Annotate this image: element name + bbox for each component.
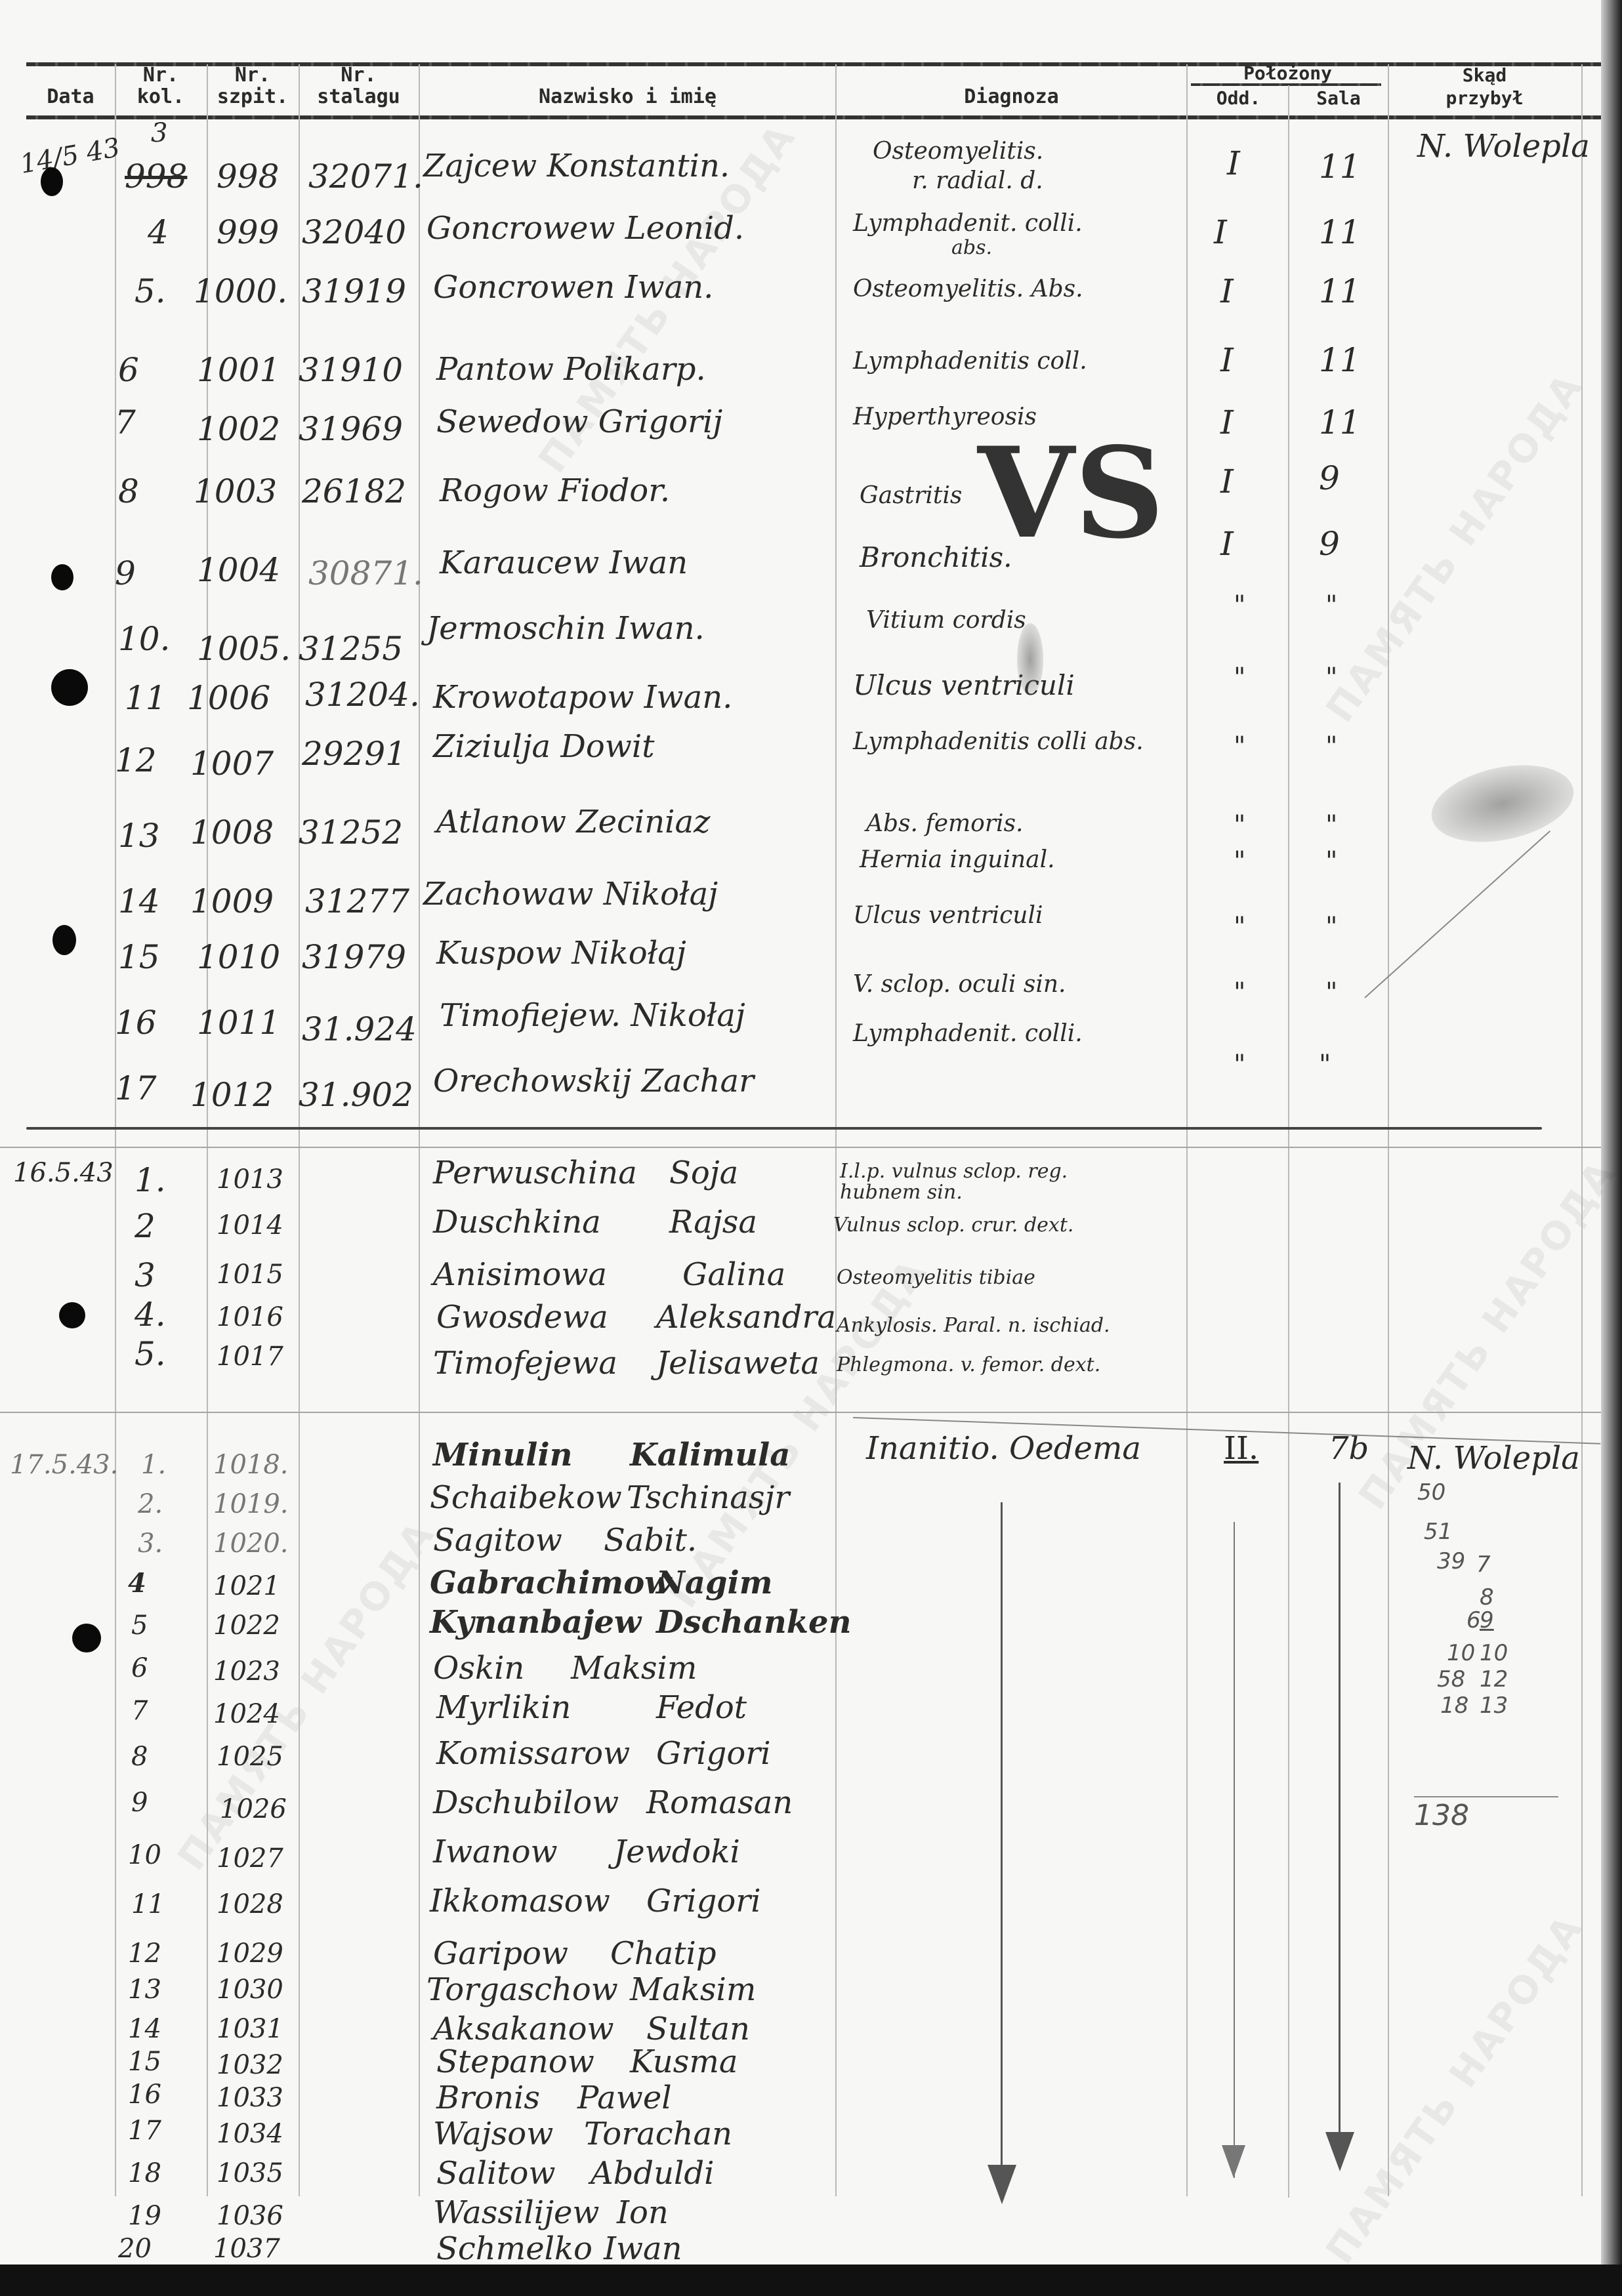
diagnosis: Vitium cordis xyxy=(866,607,1026,634)
patient-first-name: Tschinasjr xyxy=(627,1479,789,1516)
kol-number: 12 xyxy=(128,1938,161,1969)
diagnosis: Abs. femoris. xyxy=(866,810,1023,837)
ditto-arrow-odd xyxy=(1234,1522,1235,2178)
kol-number: 7 xyxy=(131,1696,148,1726)
room-sala: 11 xyxy=(1319,272,1361,310)
room-sala: " xyxy=(1325,912,1337,942)
patient-first-name: Sabit. xyxy=(604,1522,697,1559)
hospital-number: 1032 xyxy=(217,2050,283,2080)
patient-first-name: Abduldi xyxy=(591,2155,714,2192)
tally-value: 6 xyxy=(1466,1607,1481,1633)
kol-number: 20 xyxy=(118,2234,152,2264)
hospital-number: 1021 xyxy=(213,1571,280,1601)
kol-number: 17 xyxy=(128,2116,161,2146)
patient-name: Orechowskij Zachar xyxy=(433,1063,754,1099)
room-sala: " xyxy=(1325,663,1337,693)
patient-first-name: Maksim xyxy=(571,1650,697,1687)
patient-first-name: Jelisaweta xyxy=(656,1345,820,1382)
kol-number: 2 xyxy=(135,1207,156,1245)
kol-number: 12 xyxy=(115,741,157,779)
patient-last-name: Anisimowa xyxy=(433,1256,607,1293)
header-nr-stalagu-2: stalagu xyxy=(299,87,419,107)
stalag-number: 31204. xyxy=(305,676,420,714)
diagnosis-line2: r. radial. d. xyxy=(912,167,1043,194)
source-location: N. Wolepla xyxy=(1417,128,1590,165)
arrow-down-icon xyxy=(988,2165,1016,2204)
patient-last-name: Aksakanow xyxy=(433,2011,614,2047)
stalag-number: 31.902 xyxy=(299,1076,413,1114)
patient-first-name: Iwan xyxy=(604,2230,682,2267)
patient-name: Sewedow Grigorij xyxy=(436,403,722,440)
punch-hole xyxy=(59,1302,85,1328)
hospital-number: 1028 xyxy=(217,1889,283,1919)
hospital-number: 1010 xyxy=(197,938,280,976)
patient-first-name: Jewdoki xyxy=(613,1834,740,1870)
diagnosis: Gastritis xyxy=(860,482,962,509)
patient-last-name: Timofejewa xyxy=(433,1345,617,1382)
patient-first-name: Fedot xyxy=(656,1689,747,1726)
col-rule xyxy=(835,64,837,2196)
hospital-number: 1030 xyxy=(217,1975,283,2005)
hospital-number: 1023 xyxy=(213,1656,280,1687)
hospital-number: 998 xyxy=(217,157,279,195)
header-skad-1: Skąd xyxy=(1388,66,1581,85)
tally-value: 51 xyxy=(1424,1519,1452,1545)
kol-number: 4 xyxy=(128,1568,146,1599)
patient-name: Atlanow Zeciniaz xyxy=(436,804,710,840)
header-nr-szpit-1: Nr. xyxy=(207,66,299,85)
ward-odd: " xyxy=(1234,1050,1245,1080)
kol-number: 8 xyxy=(118,472,139,510)
hospital-number: 1016 xyxy=(217,1302,283,1332)
diagnosis-line2: hubnem sin. xyxy=(840,1182,963,1203)
patient-name: Zachowaw Nikołaj xyxy=(423,876,718,912)
tally-value: 7 xyxy=(1476,1551,1491,1578)
stalag-number: 32071. xyxy=(308,157,423,195)
diagnosis: Lymphadenitis colli abs. xyxy=(853,728,1144,755)
col-rule xyxy=(1186,64,1188,2196)
hospital-number: 1015 xyxy=(217,1260,283,1290)
hospital-number: 1009 xyxy=(190,882,274,920)
section-divider xyxy=(0,1412,1601,1413)
ward-odd: I xyxy=(1220,403,1234,441)
kol-number: 17 xyxy=(115,1069,157,1107)
kol-number: 16 xyxy=(115,1004,157,1042)
hospital-number: 1020. xyxy=(213,1528,289,1559)
patient-last-name: Minulin xyxy=(433,1437,573,1473)
patient-name: Goncrowew Leonid. xyxy=(426,210,744,247)
hospital-number: 1017 xyxy=(217,1342,283,1372)
hospital-number: 1001 xyxy=(197,351,280,389)
header-odd: Odd. xyxy=(1188,89,1289,108)
stalag-number: 31255 xyxy=(299,630,403,668)
stalag-number: 31277 xyxy=(305,882,409,920)
kol-number: 7 xyxy=(115,403,136,441)
tally-sum-line xyxy=(1414,1796,1558,1797)
hospital-number: 1003 xyxy=(194,472,277,510)
diagnosis: Lymphadenit. colli. xyxy=(853,210,1083,237)
patient-last-name: Perwuschina xyxy=(433,1155,637,1191)
kol-number: 19 xyxy=(128,2201,161,2231)
patient-last-name: Ikkomasow xyxy=(430,1883,610,1919)
col-rule xyxy=(419,64,420,2196)
ward-odd: I xyxy=(1227,144,1240,182)
ward-odd: " xyxy=(1234,977,1245,1008)
header-nazwisko: Nazwisko i imię xyxy=(420,87,835,107)
patient-last-name: Schmelko xyxy=(436,2230,593,2267)
kol-number: 11 xyxy=(131,1889,165,1919)
col-rule xyxy=(1388,64,1389,2196)
ink-smudge xyxy=(1017,623,1043,695)
ditto-arrow-diagnosis xyxy=(1001,1502,1003,2171)
header-nr-kol-2: kol. xyxy=(115,87,207,107)
header-nr-szpit-2: szpit. xyxy=(207,87,299,107)
patient-first-name: Maksim xyxy=(630,1971,756,2008)
tally-value: 10 xyxy=(1447,1640,1475,1666)
hospital-number: 1012 xyxy=(190,1076,274,1114)
tally-value: 10 xyxy=(1480,1640,1508,1666)
kol-number: 14 xyxy=(128,2014,161,2044)
kol-number: 15 xyxy=(128,2047,161,2077)
stalag-number: 32040 xyxy=(302,213,406,251)
hospital-number: 1013 xyxy=(217,1164,283,1195)
tally-value: 9 xyxy=(1480,1607,1494,1633)
kol-number: 1. xyxy=(141,1450,166,1480)
kol-number: 2. xyxy=(138,1489,163,1519)
ward-odd: I xyxy=(1220,272,1234,310)
diagnosis: Hernia inguinal. xyxy=(860,846,1055,873)
diagnosis: V. sclop. oculi sin. xyxy=(853,971,1066,998)
punch-hole xyxy=(51,669,88,706)
ward-odd: " xyxy=(1234,846,1245,876)
hospital-number: 1037 xyxy=(213,2234,280,2264)
hospital-number: 1005. xyxy=(197,630,291,668)
diagnosis: Vulnus sclop. crur. dext. xyxy=(833,1215,1073,1236)
room-sala: 9 xyxy=(1319,459,1340,497)
kol-number: 14 xyxy=(118,882,160,920)
punch-hole xyxy=(51,564,73,590)
col-rule xyxy=(1581,64,1583,2196)
patient-last-name: Oskin xyxy=(433,1650,524,1687)
hospital-number: 1024 xyxy=(213,1699,280,1729)
header-polozony: Położony xyxy=(1188,64,1388,83)
kol-number: 13 xyxy=(118,817,160,855)
ward-odd: " xyxy=(1234,590,1245,621)
hospital-number: 999 xyxy=(217,213,279,251)
diagnosis: Inanitio. Oedema xyxy=(866,1430,1141,1467)
kol-number: 5. xyxy=(135,272,166,310)
stalag-number: 26182 xyxy=(302,472,406,510)
hospital-number: 1019. xyxy=(213,1489,289,1519)
patient-name: Ziziulja Dowit xyxy=(433,728,654,765)
hospital-number: 1031 xyxy=(217,2014,283,2044)
patient-last-name: Garipow xyxy=(433,1935,568,1972)
patient-last-name: Wassilijew xyxy=(433,2194,599,2231)
kol-number: 9 xyxy=(131,1788,148,1818)
kol-number: 3. xyxy=(138,1528,163,1559)
room-sala: " xyxy=(1325,590,1337,621)
punch-hole xyxy=(41,167,63,196)
tally-value: 8 xyxy=(1480,1584,1494,1610)
patient-first-name: Chatip xyxy=(610,1935,717,1972)
hospital-number: 1000. xyxy=(194,272,287,310)
hospital-number: 1008 xyxy=(190,813,274,851)
stalag-number: 31.924 xyxy=(302,1010,417,1048)
room-sala: " xyxy=(1325,977,1337,1008)
diagnosis: Osteomyelitis. Abs. xyxy=(853,276,1083,302)
stamp-mark: VS xyxy=(978,420,1165,566)
room-sala: " xyxy=(1325,731,1337,762)
tally-value: 58 xyxy=(1437,1666,1465,1692)
patient-last-name: Kynanbajew xyxy=(430,1604,641,1641)
arrow-down-icon xyxy=(1325,2132,1354,2171)
ward-odd: II. xyxy=(1224,1430,1258,1467)
kol-number: 10 xyxy=(128,1840,161,1870)
kol-number: 5. xyxy=(135,1335,166,1373)
patient-name: Zajcew Konstantin. xyxy=(423,148,730,184)
kol-number: 6 xyxy=(131,1653,148,1683)
section-end-line xyxy=(26,1127,1542,1130)
header-nr-stalagu-1: Nr. xyxy=(299,66,419,85)
patient-last-name: Salitow xyxy=(436,2155,555,2192)
patient-first-name: Pawel xyxy=(577,2080,672,2116)
kol-number: 10. xyxy=(118,620,171,658)
arrow-down-icon xyxy=(1222,2145,1245,2178)
kol-number: 13 xyxy=(128,1975,161,2005)
hospital-number: 1027 xyxy=(217,1843,283,1874)
patient-name: Karaucew Iwan xyxy=(440,544,688,581)
patient-last-name: Stepanow xyxy=(436,2043,594,2080)
tally-value: 39 xyxy=(1437,1548,1465,1574)
kol-number: 6 xyxy=(118,351,139,389)
hospital-number: 1018. xyxy=(213,1450,289,1480)
hospital-number: 1002 xyxy=(197,410,280,448)
patient-last-name: Wajsow xyxy=(433,2116,553,2152)
patient-last-name: Komissarow xyxy=(436,1735,630,1772)
hospital-number: 1007 xyxy=(190,745,274,783)
stalag-number: 31252 xyxy=(299,813,403,851)
patient-name: Jermoschin Iwan. xyxy=(426,610,705,647)
patient-first-name: Nagim xyxy=(656,1565,773,1601)
diagnosis: Lymphadenitis coll. xyxy=(853,348,1087,375)
kol-number: 18 xyxy=(128,2158,161,2188)
hospital-number: 1004 xyxy=(197,551,280,589)
patient-name: Pantow Polikarp. xyxy=(436,351,706,388)
patient-name: Timofiejew. Nikołaj xyxy=(440,997,745,1034)
ward-odd: I xyxy=(1220,341,1234,379)
patient-last-name: Dschubilow xyxy=(433,1784,619,1821)
diagnosis: Phlegmona. v. femor. dext. xyxy=(837,1355,1100,1376)
tally-value: 13 xyxy=(1480,1692,1508,1719)
room-sala: 11 xyxy=(1319,213,1361,251)
ward-odd: " xyxy=(1234,663,1245,693)
section-divider xyxy=(0,1147,1601,1148)
patient-first-name: Kalimula xyxy=(630,1437,790,1473)
stalag-number: 31910 xyxy=(299,351,403,389)
hospital-number: 1034 xyxy=(217,2119,283,2149)
kol-number: 8 xyxy=(131,1742,148,1772)
tally-total: 138 xyxy=(1414,1799,1469,1832)
room-sala: " xyxy=(1319,1050,1331,1080)
header-diagnoza: Diagnoza xyxy=(837,87,1186,107)
room-sala: 9 xyxy=(1319,525,1340,563)
patient-first-name: Galina xyxy=(682,1256,785,1293)
tally-value: 50 xyxy=(1417,1479,1445,1506)
patient-last-name: Gwosdewa xyxy=(436,1299,608,1336)
patient-last-name: Myrlikin xyxy=(436,1689,571,1726)
patient-first-name: Grigori xyxy=(646,1883,761,1919)
patient-first-name: Ion xyxy=(617,2194,669,2231)
kol-number: 4. xyxy=(135,1296,166,1334)
ward-odd: I xyxy=(1220,462,1234,501)
scan-edge-bottom xyxy=(0,2265,1622,2296)
hospital-number: 1036 xyxy=(217,2201,283,2231)
header-bottom-rule xyxy=(26,115,1601,119)
tally-value: 12 xyxy=(1480,1666,1508,1692)
header-nr-kol-1: Nr. xyxy=(115,66,207,85)
patient-first-name: Kusma xyxy=(630,2043,738,2080)
hospital-number: 1011 xyxy=(197,1004,280,1042)
patient-last-name: Iwanow xyxy=(433,1834,558,1870)
hospital-number: 1025 xyxy=(217,1742,283,1772)
ward-odd: " xyxy=(1234,731,1245,762)
patient-name: Kuspow Nikołaj xyxy=(436,935,686,972)
punch-hole xyxy=(72,1624,101,1652)
patient-last-name: Bronis xyxy=(436,2080,540,2116)
patient-last-name: Schaibekow xyxy=(430,1479,622,1516)
stalag-number: 30871. xyxy=(308,554,423,592)
hospital-number: 1006 xyxy=(187,679,270,717)
punch-hole xyxy=(52,925,76,955)
kol-number: 11 xyxy=(125,679,167,717)
scan-edge-right xyxy=(1601,0,1622,2296)
diagnosis: Osteomyelitis. xyxy=(873,138,1043,165)
diagnosis: Ulcus ventriculi xyxy=(853,902,1043,929)
stalag-number: 31919 xyxy=(302,272,406,310)
hospital-number: 1014 xyxy=(217,1210,283,1240)
col-rule xyxy=(1288,85,1289,2198)
stalag-number: 29291 xyxy=(302,735,406,773)
room-sala: 11 xyxy=(1319,403,1361,441)
section-date: 17.5.43. xyxy=(10,1450,118,1480)
header-sala: Sala xyxy=(1289,89,1388,108)
hospital-number: 1035 xyxy=(217,2158,283,2188)
kol-number: 3 xyxy=(151,118,167,148)
hospital-number: 1022 xyxy=(213,1610,280,1641)
diagnosis: Ankylosis. Paral. n. ischiad. xyxy=(837,1315,1110,1336)
patient-last-name: Gabrachimow xyxy=(430,1565,672,1601)
hospital-number: 1033 xyxy=(217,2083,283,2113)
kol-number: 4 xyxy=(148,213,169,251)
patient-name: Krowotapow Iwan. xyxy=(433,679,732,716)
room-sala: 11 xyxy=(1319,148,1361,186)
header-skad-2: przybył xyxy=(1388,89,1581,108)
patient-first-name: Dschanken xyxy=(656,1604,851,1641)
register-page xyxy=(0,0,1601,2263)
patient-first-name: Romasan xyxy=(646,1784,793,1821)
ward-odd: " xyxy=(1234,810,1245,840)
kol-number: 9 xyxy=(115,554,136,592)
kol-number: 16 xyxy=(128,2080,161,2110)
patient-name: Goncrowen Iwan. xyxy=(433,269,713,306)
ward-odd: I xyxy=(1214,213,1227,251)
stalag-number: 31969 xyxy=(299,410,403,448)
hospital-number: 1029 xyxy=(217,1938,283,1969)
header-data: Data xyxy=(26,87,115,107)
col-rule xyxy=(115,64,116,2196)
patient-first-name: Torachan xyxy=(584,2116,732,2152)
patient-first-name: Soja xyxy=(669,1155,738,1191)
tally-value: 18 xyxy=(1440,1692,1468,1719)
ward-odd: " xyxy=(1234,912,1245,942)
ditto-arrow-sala xyxy=(1339,1483,1341,2139)
kol-number-struck: 998 xyxy=(125,157,187,195)
patient-last-name: Sagitow xyxy=(433,1522,562,1559)
kol-number: 15 xyxy=(118,938,160,976)
patient-last-name: Torgaschow xyxy=(426,1971,618,2008)
hospital-number: 1026 xyxy=(220,1794,287,1824)
patient-name: Rogow Fiodor. xyxy=(440,472,670,509)
patient-first-name: Aleksandra xyxy=(656,1299,836,1336)
section-date: 16.5.43 xyxy=(13,1158,114,1188)
patient-last-name: Duschkina xyxy=(433,1204,601,1240)
kol-number: 3 xyxy=(135,1256,156,1294)
kol-number: 5 xyxy=(131,1610,148,1641)
diagnosis: Osteomyelitis tibiae xyxy=(837,1267,1035,1288)
source-location: N. Wolepla xyxy=(1407,1440,1580,1477)
patient-first-name: Rajsa xyxy=(669,1204,757,1240)
patient-first-name: Grigori xyxy=(656,1735,771,1772)
patient-first-name: Sultan xyxy=(646,2011,750,2047)
stalag-number: 31979 xyxy=(302,938,406,976)
room-sala: " xyxy=(1325,846,1337,876)
diagnosis: I.l.p. vulnus sclop. reg. xyxy=(840,1161,1068,1182)
room-sala: 11 xyxy=(1319,341,1361,379)
ward-odd: I xyxy=(1220,525,1234,563)
room-sala: " xyxy=(1325,810,1337,840)
diagnosis: Lymphadenit. colli. xyxy=(853,1020,1083,1047)
kol-number: 1. xyxy=(135,1161,166,1199)
diagnosis-line2: abs. xyxy=(951,236,992,259)
